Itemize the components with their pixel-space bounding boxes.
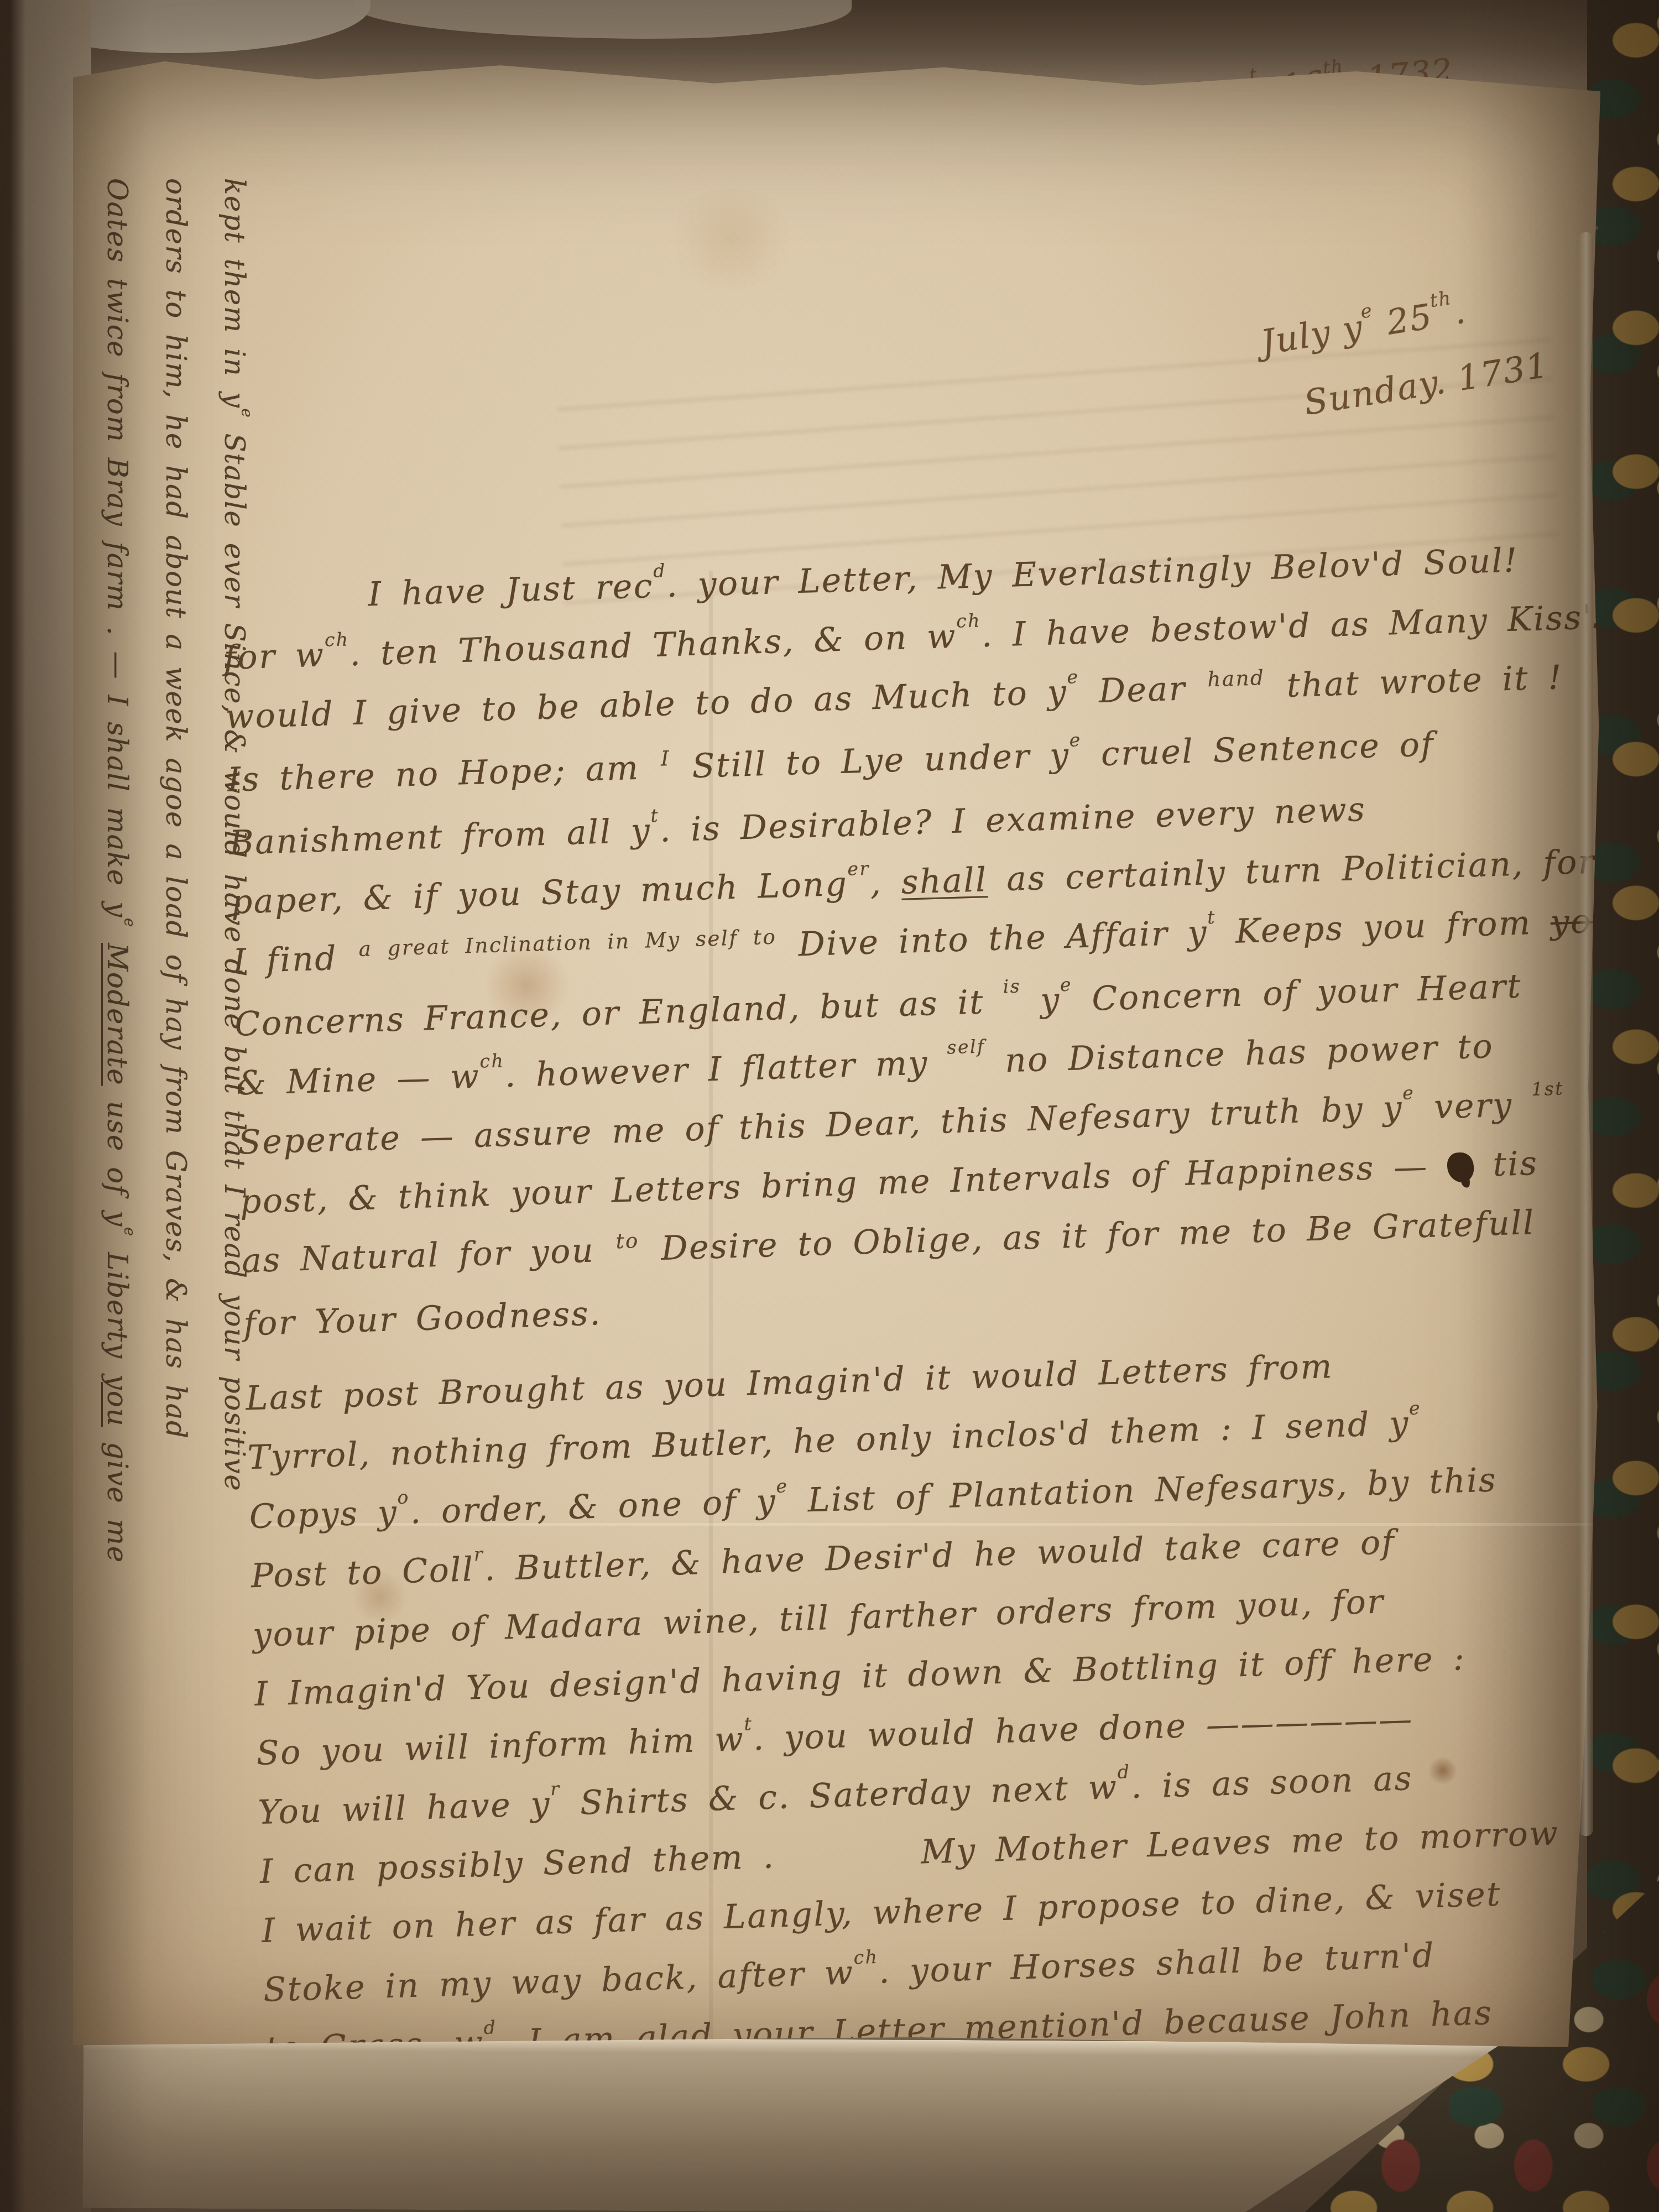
margin-line: kept them in ye Stable ever Since, & wou… — [205, 178, 264, 1981]
foxing-stain — [659, 189, 803, 289]
margin-line: orders to him, he had about a week agoe … — [147, 178, 205, 1981]
letter-body: I have Just recd. your Letter, My Everla… — [221, 528, 1659, 2079]
marbled-endpaper-edge — [1587, 0, 1659, 2212]
spacing-gap — [295, 606, 368, 608]
margin-line: Oates twice from Bray farm . — I shall m… — [88, 178, 147, 1981]
album-gutter-shadow — [0, 0, 25, 2212]
sheet-edge-curl — [1579, 232, 1593, 1836]
margin-cross-writing: kept them in ye Stable ever Since, & wou… — [81, 178, 264, 1981]
letter-sheet: July ye 25th. Sunday. 1731 I have Just r… — [73, 45, 1600, 2047]
letter-photograph: Manningtree. Sept. 16th. 1732 124 July y… — [0, 0, 1659, 2212]
ink-blot — [1447, 1152, 1475, 1182]
spacing-gap — [848, 1863, 921, 1865]
spacing-gap — [775, 1865, 848, 1867]
